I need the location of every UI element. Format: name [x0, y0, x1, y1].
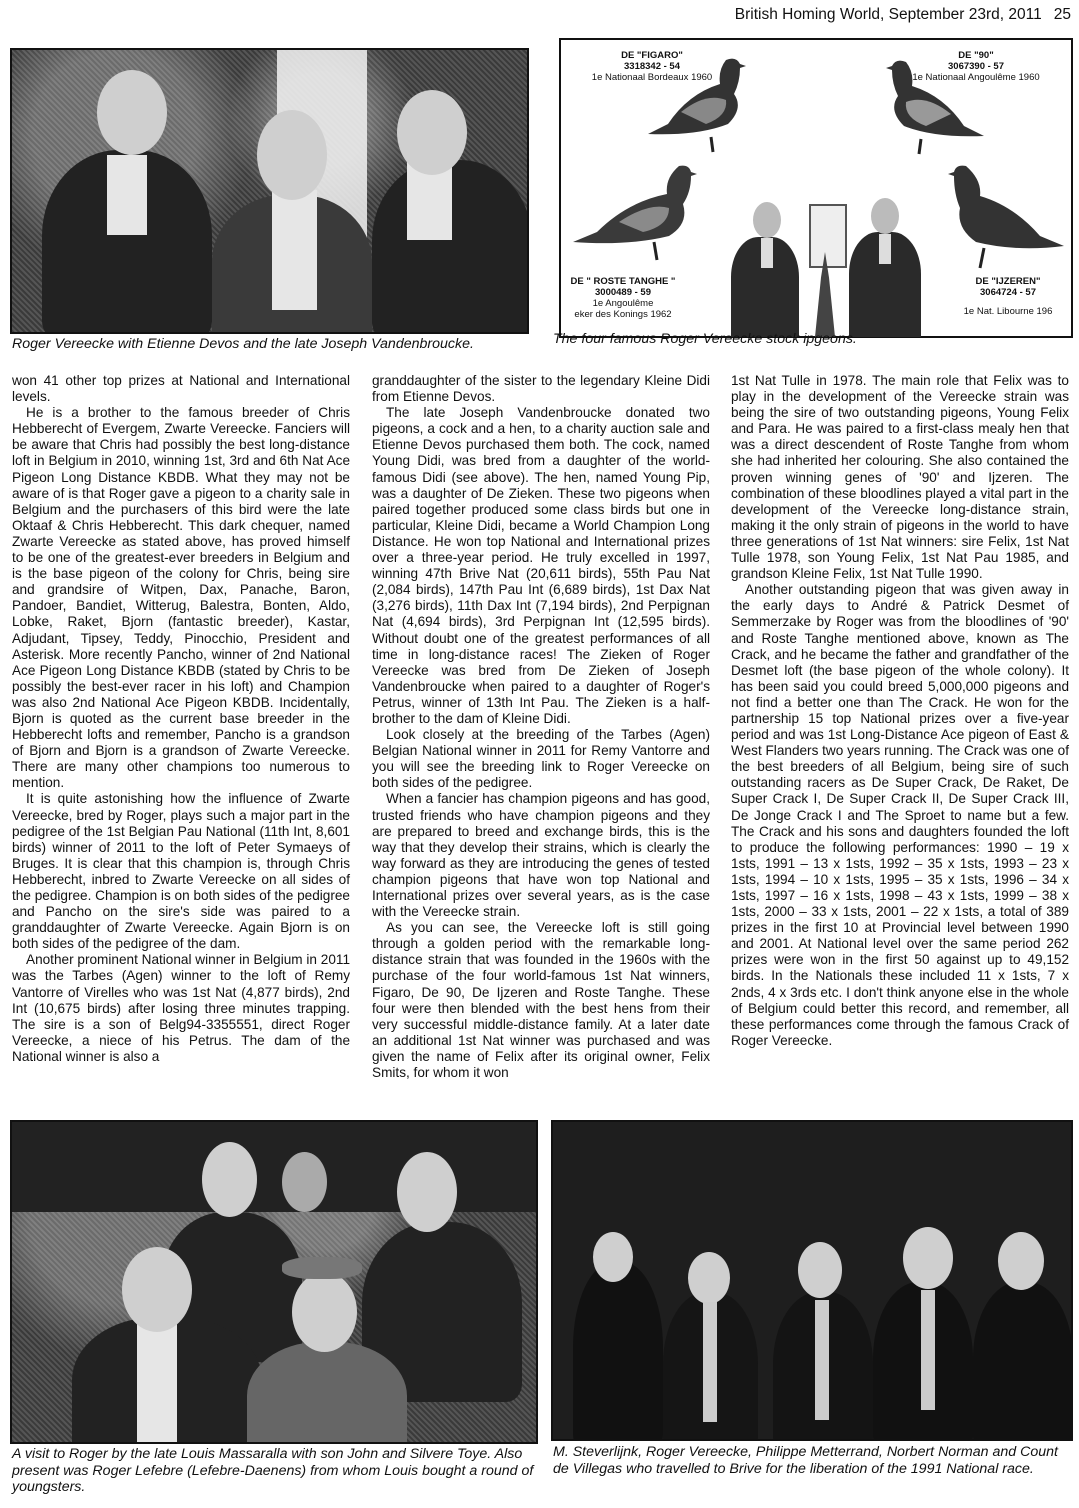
article-paragraph: Another prominent National winner in Bel…	[12, 952, 350, 1065]
photo-stock-pigeons: DE "FIGARO" 3318342 - 54 1e Nationaal Bo…	[559, 38, 1073, 338]
page-header: British Homing World, September 23rd, 20…	[735, 6, 1071, 24]
photo-three-men	[10, 48, 529, 334]
pigeon-ijzeren-image	[946, 158, 1066, 273]
article-paragraph: won 41 other top prizes at National and …	[12, 373, 350, 405]
article-paragraph: Look closely at the breeding of the Tarb…	[372, 727, 710, 791]
article-column-1: won 41 other top prizes at National and …	[12, 373, 350, 1065]
article-paragraph: When a fancier has champion pigeons and …	[372, 791, 710, 920]
article-paragraph: granddaughter of the sister to the legen…	[372, 373, 710, 405]
article-paragraph: The late Joseph Vandenbroucke donated tw…	[372, 405, 710, 727]
men-with-trophy-image	[731, 192, 921, 337]
article-paragraph: Another outstanding pigeon that was give…	[731, 582, 1069, 1049]
article-paragraph: 1st Nat Tulle in 1978. The main role tha…	[731, 373, 1069, 582]
article-column-2: granddaughter of the sister to the legen…	[372, 373, 710, 1081]
photo-visit-to-roger	[10, 1120, 538, 1444]
article-paragraph: As you can see, the Vereecke loft is sti…	[372, 920, 710, 1081]
photo-caption-brive-liberation: M. Steverlijnk, Roger Vereecke, Philippe…	[553, 1444, 1073, 1477]
pigeon-label-roste-tanghe: DE " ROSTE TANGHE " 3000489 - 59 1e Ango…	[553, 276, 693, 320]
article-column-3: 1st Nat Tulle in 1978. The main role tha…	[731, 373, 1069, 1049]
article-paragraph: He is a brother to the famous breeder of…	[12, 405, 350, 791]
pigeon-label-ijzeren: DE "IJZEREN" 3064724 - 57 1e Nat. Libour…	[943, 276, 1073, 317]
photo-caption-three-men: Roger Vereecke with Etienne Devos and th…	[12, 336, 532, 353]
photo-caption-visit-to-roger: A visit to Roger by the late Louis Massa…	[12, 1446, 537, 1496]
pigeon-90-image	[871, 54, 991, 164]
publication-title: British Homing World, September 23rd, 20…	[735, 6, 1042, 23]
pigeon-figaro-image	[641, 52, 761, 162]
pigeon-roste-tanghe-image	[569, 160, 699, 270]
page-number: 25	[1054, 6, 1071, 23]
article-paragraph: It is quite astonishing how the influenc…	[12, 791, 350, 952]
photo-brive-liberation	[551, 1120, 1073, 1441]
photo-caption-stock-pigeons: The four famous Roger Vereecke stock ipg…	[553, 331, 1073, 348]
